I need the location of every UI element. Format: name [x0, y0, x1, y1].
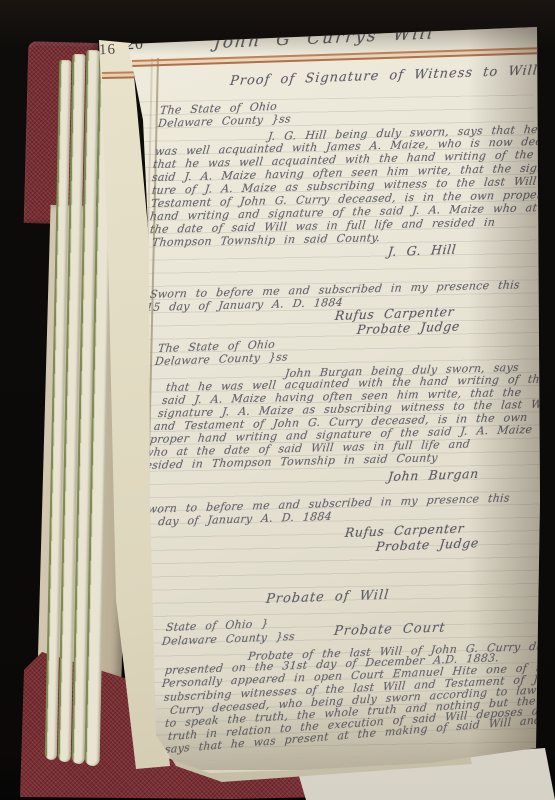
previous-page-number: 16 — [99, 42, 117, 60]
header-rule — [132, 47, 544, 67]
ledger-book-photo: 16 20 John G Currys Will Proof of Signat… — [0, 0, 555, 800]
page-subtitle: Proof of Signature of Witness to Will — [229, 63, 538, 89]
witness-signature: J. G. Hill — [387, 242, 457, 259]
page-title: John G Currys Will — [213, 23, 435, 53]
witness-signature: John Burgan — [387, 466, 479, 484]
header-rule-previous-page — [102, 71, 138, 79]
